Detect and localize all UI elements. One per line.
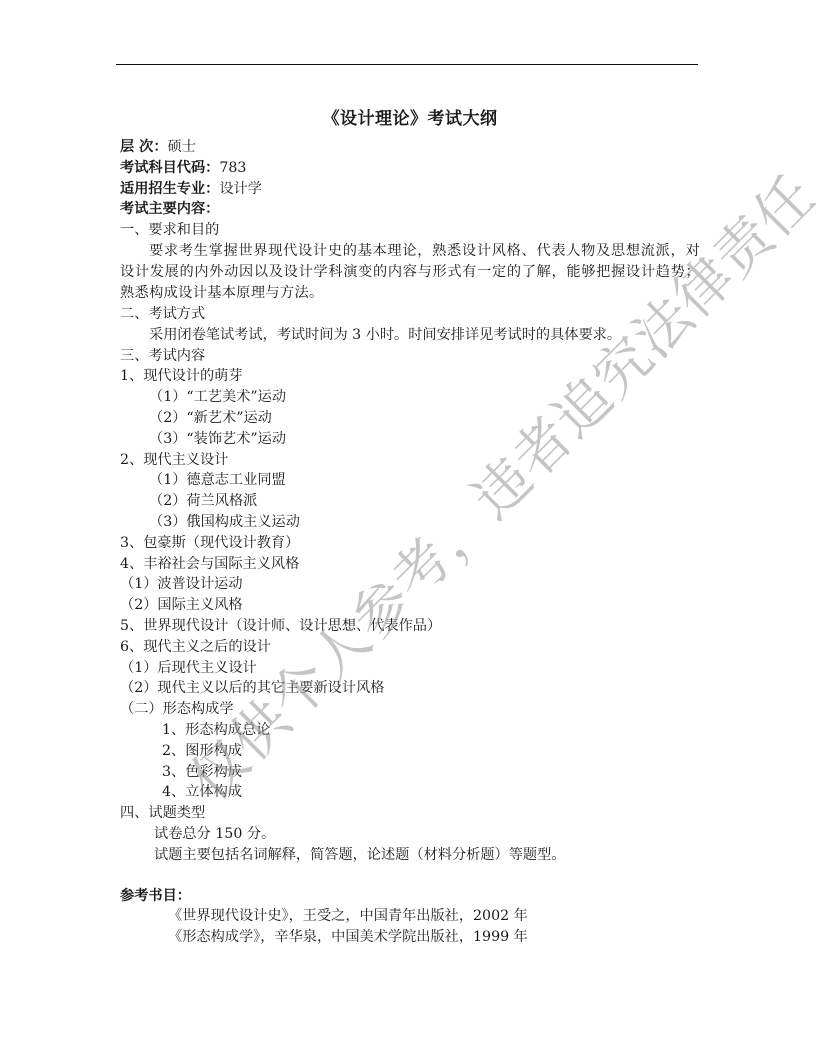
document-body: 《设计理论》考试大纲 层 次：硕士 考试科目代码：783 适用招生专业：设计学 … <box>120 105 700 948</box>
section-heading: 四、试题类型 <box>120 803 700 824</box>
section-body: 要求考生掌握世界现代设计史的基本理论，熟悉设计风格、代表人物及思想流派，对设计发… <box>120 241 700 304</box>
meta-value: 783 <box>219 160 246 176</box>
outline-item: 4、丰裕社会与国际主义风格 <box>120 554 700 575</box>
references-label: 参考书目： <box>120 886 700 907</box>
outline-item: （3）“装饰艺术”运动 <box>120 429 700 450</box>
outline-item: （1）“工艺美术”运动 <box>120 387 700 408</box>
outline-item: 3、包豪斯（现代设计教育） <box>120 533 700 554</box>
outline-item: （1）德意志工业同盟 <box>120 470 700 491</box>
outline-item: 5、世界现代设计（设计师、设计思想、代表作品） <box>120 616 700 637</box>
section-heading: 三、考试内容 <box>120 346 700 367</box>
outline-item: 1、现代设计的萌芽 <box>120 366 700 387</box>
outline-item: 6、现代主义之后的设计 <box>120 637 700 658</box>
section-heading: 二、考试方式 <box>120 304 700 325</box>
reference-item: 《形态构成学》，辛华泉，中国美术学院出版社，1999 年 <box>120 927 700 948</box>
outline-item: 1、形态构成总论 <box>120 720 700 741</box>
outline-item: 2、图形构成 <box>120 741 700 762</box>
section-body-line: 试卷总分 150 分。 <box>120 824 700 845</box>
section-heading: 一、要求和目的 <box>120 220 700 241</box>
outline-item: （1）波普设计运动 <box>120 574 700 595</box>
outline-item: （2）现代主义以后的其它主要新设计风格 <box>120 678 700 699</box>
meta-level: 层 次：硕士 <box>120 137 700 158</box>
outline-item: （2）国际主义风格 <box>120 595 700 616</box>
reference-item: 《世界现代设计史》，王受之，中国青年出版社，2002 年 <box>120 906 700 927</box>
outline-item: 4、立体构成 <box>120 782 700 803</box>
content-outline: 1、现代设计的萌芽（1）“工艺美术”运动（2）“新艺术”运动（3）“装饰艺术”运… <box>120 366 700 803</box>
section-body: 采用闭卷笔试考试，考试时间为 3 小时。时间安排详见考试时的具体要求。 <box>120 325 700 346</box>
outline-item: 2、现代主义设计 <box>120 450 700 471</box>
main-content-label: 考试主要内容： <box>120 199 700 220</box>
meta-value: 硕士 <box>168 139 196 155</box>
outline-item: （2）荷兰风格派 <box>120 491 700 512</box>
meta-value: 设计学 <box>219 181 262 197</box>
meta-subject-code: 考试科目代码：783 <box>120 158 700 179</box>
page-title: 《设计理论》考试大纲 <box>120 105 700 133</box>
header-rule <box>116 64 698 65</box>
outline-item: 3、色彩构成 <box>120 762 700 783</box>
meta-major: 适用招生专业：设计学 <box>120 179 700 200</box>
section-body-line: 试题主要包括名词解释，简答题，论述题（材料分析题）等题型。 <box>120 845 700 866</box>
outline-item: （3）俄国构成主义运动 <box>120 512 700 533</box>
outline-item: （2）“新艺术”运动 <box>120 408 700 429</box>
meta-label: 考试科目代码： <box>120 160 219 176</box>
meta-label: 适用招生专业： <box>120 181 219 197</box>
outline-item: （1）后现代主义设计 <box>120 658 700 679</box>
outline-item: （二）形态构成学 <box>120 699 700 720</box>
meta-label: 层 次： <box>120 139 168 155</box>
